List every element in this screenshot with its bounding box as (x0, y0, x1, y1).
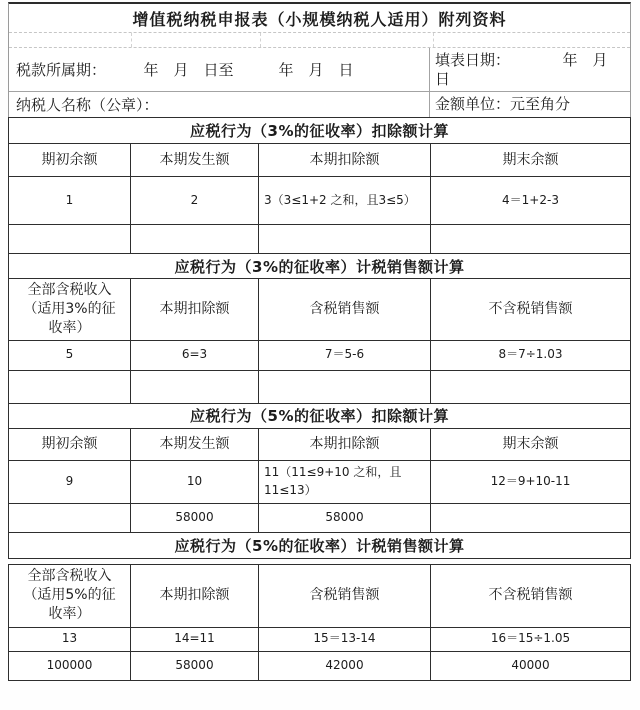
formula-cell: 2 (131, 177, 259, 225)
data-cell (9, 370, 131, 403)
column-header: 不含税销售额 (431, 564, 631, 627)
form-header-block: 增值税纳税申报表（小规模纳税人适用）附列资料 税款所属期： 年 月 日至 年 月… (8, 2, 631, 118)
data-cell: 58000 (131, 651, 259, 680)
section-table-5pct-sales: 全部含税收入 （适用5%的征 收率） 本期扣除额 含税销售额 不含税销售额 13… (8, 564, 631, 681)
formula-cell: 11（11≤9+10 之和，且11≤13） (259, 460, 431, 503)
section-title-3pct-deduction: 应税行为（3%的征收率）扣除额计算 (8, 117, 631, 144)
section-table-3pct-sales: 全部含税收入 （适用3%的征 收率） 本期扣除额 含税销售额 不含税销售额 5 … (8, 278, 631, 404)
table-row: 5 6=3 7＝5-6 8＝7÷1.03 (9, 340, 631, 370)
table-row (9, 225, 631, 254)
section-title-5pct-sales: 应税行为（5%的征收率）计税销售额计算 (8, 532, 631, 559)
data-cell (431, 503, 631, 532)
column-header: 不含税销售额 (431, 279, 631, 341)
data-cell (259, 370, 431, 403)
formula-cell: 5 (9, 340, 131, 370)
fill-date-label: 填表日期： 年 月 日 (430, 48, 630, 91)
spacer-cell (434, 33, 630, 47)
formula-cell: 10 (131, 460, 259, 503)
section-title-3pct-sales: 应税行为（3%的征收率）计税销售额计算 (8, 253, 631, 279)
column-header: 本期扣除额 (259, 144, 431, 177)
formula-cell: 16＝15÷1.05 (431, 627, 631, 651)
formula-cell: 1 (9, 177, 131, 225)
column-header: 含税销售额 (259, 564, 431, 627)
column-header: 期末余额 (431, 144, 631, 177)
table-row: 58000 58000 (9, 503, 631, 532)
data-cell (131, 225, 259, 254)
data-cell (131, 370, 259, 403)
column-header: 全部含税收入 （适用5%的征 收率） (9, 564, 131, 627)
column-header: 本期扣除额 (131, 279, 259, 341)
column-header: 全部含税收入 （适用3%的征 收率） (9, 279, 131, 341)
tax-form-sheet: 增值税纳税申报表（小规模纳税人适用）附列资料 税款所属期： 年 月 日至 年 月… (8, 2, 631, 681)
section-title-5pct-deduction: 应税行为（5%的征收率）扣除额计算 (8, 403, 631, 429)
table-row: 100000 58000 42000 40000 (9, 651, 631, 680)
data-cell: 58000 (131, 503, 259, 532)
data-cell (259, 225, 431, 254)
form-title: 增值税纳税申报表（小规模纳税人适用）附列资料 (132, 7, 506, 30)
spacer-row (9, 32, 630, 48)
column-header: 期初余额 (9, 428, 131, 460)
amount-unit-label: 金额单位：元至角分 (430, 92, 630, 117)
taxpayer-name-label: 纳税人名称（公章）： (9, 92, 430, 117)
formula-cell: 6=3 (131, 340, 259, 370)
section-table-5pct-deduction: 期初余额 本期发生额 本期扣除额 期末余额 9 10 11（11≤9+10 之和… (8, 428, 631, 533)
column-header: 本期发生额 (131, 144, 259, 177)
formula-cell: 7＝5-6 (259, 340, 431, 370)
formula-cell: 9 (9, 460, 131, 503)
formula-cell: 15＝13-14 (259, 627, 431, 651)
data-cell: 100000 (9, 651, 131, 680)
table-row (9, 370, 631, 403)
data-cell: 58000 (259, 503, 431, 532)
spacer-cell (132, 33, 261, 47)
data-cell (9, 225, 131, 254)
column-header: 本期发生额 (131, 428, 259, 460)
spacer-cell (9, 33, 132, 47)
formula-cell: 8＝7÷1.03 (431, 340, 631, 370)
column-header: 期初余额 (9, 144, 131, 177)
column-header: 本期扣除额 (131, 564, 259, 627)
section-table-3pct-deduction: 期初余额 本期发生额 本期扣除额 期末余额 1 2 3（3≤1+2 之和，且3≤… (8, 143, 631, 254)
data-cell: 42000 (259, 651, 431, 680)
tax-period-label: 税款所属期： 年 月 日至 年 月 日 (9, 48, 430, 91)
column-header: 期末余额 (431, 428, 631, 460)
formula-cell: 13 (9, 627, 131, 651)
column-header: 含税销售额 (259, 279, 431, 341)
data-cell (431, 370, 631, 403)
table-row: 9 10 11（11≤9+10 之和，且11≤13） 12＝9+10-11 (9, 460, 631, 503)
formula-cell: 12＝9+10-11 (431, 460, 631, 503)
data-cell (9, 503, 131, 532)
formula-cell: 3（3≤1+2 之和，且3≤5） (259, 177, 431, 225)
spacer-cell (261, 33, 434, 47)
table-row: 13 14=11 15＝13-14 16＝15÷1.05 (9, 627, 631, 651)
table-row: 1 2 3（3≤1+2 之和，且3≤5） 4＝1+2-3 (9, 177, 631, 225)
formula-cell: 4＝1+2-3 (431, 177, 631, 225)
data-cell: 40000 (431, 651, 631, 680)
data-cell (431, 225, 631, 254)
column-header: 本期扣除额 (259, 428, 431, 460)
formula-cell: 14=11 (131, 627, 259, 651)
